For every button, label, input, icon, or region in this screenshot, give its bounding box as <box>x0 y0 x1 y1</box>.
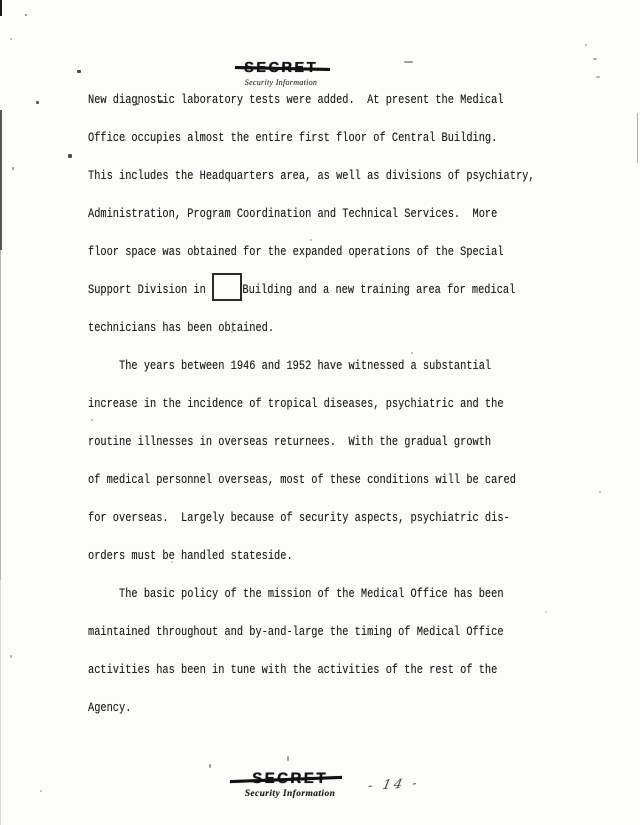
text-line: orders must be handled stateside. <box>88 548 517 586</box>
text-segment: Building and a new training area for med… <box>242 282 515 297</box>
text-line: activities has been in tune with the act… <box>88 662 517 700</box>
scan-speckle <box>124 139 126 141</box>
text-line: routine illnesses in overseas returnees.… <box>88 434 517 472</box>
scan-speckle <box>585 44 587 46</box>
scan-speckle <box>231 331 233 333</box>
scan-speckle <box>12 167 14 170</box>
security-information-label-top: Security Information <box>201 78 361 87</box>
scan-speckle <box>171 561 173 563</box>
scan-speckle <box>404 61 413 63</box>
scan-speckle <box>596 76 600 78</box>
text-line: The basic policy of the mission of the M… <box>88 586 517 624</box>
scan-speckle <box>25 14 27 16</box>
scan-speckle <box>77 70 81 73</box>
classification-footer: SECRET Security Information <box>210 770 370 799</box>
scan-speckle <box>411 352 413 354</box>
scan-speckle <box>599 491 601 493</box>
text-line-with-redaction: Support Division inBuilding and a new tr… <box>88 282 517 320</box>
text-line: Agency. <box>88 700 517 738</box>
scan-speckle <box>287 756 289 761</box>
text-line: increase in the incidence of tropical di… <box>88 396 517 434</box>
text-line: This includes the Headquarters area, as … <box>88 168 517 206</box>
scan-speckle <box>593 58 597 60</box>
text-line: The years between 1946 and 1952 have wit… <box>88 358 517 396</box>
security-information-label-bottom: Security Information <box>210 789 370 799</box>
scan-speckle <box>68 154 72 158</box>
document-page: SECRET Security Information New diagnost… <box>0 0 640 825</box>
scan-speckle <box>209 764 211 768</box>
text-line: New diagnostic laboratory tests were add… <box>88 92 517 130</box>
scan-speckle <box>10 38 12 40</box>
scan-edge-line <box>0 110 2 250</box>
scan-speckle <box>136 103 139 105</box>
text-segment: Support Division in <box>88 282 206 297</box>
text-line: of medical personnel overseas, most of t… <box>88 472 517 510</box>
document-body: New diagnostic laboratory tests were add… <box>88 92 628 738</box>
redaction-box <box>212 273 242 301</box>
handwritten-page-number: - 14 - <box>367 775 440 794</box>
scan-speckle <box>40 790 42 792</box>
scan-edge-line <box>0 0 2 16</box>
secret-stamp-bottom: SECRET <box>252 770 328 787</box>
scan-speckle <box>36 101 39 104</box>
classification-header: SECRET Security Information <box>201 59 361 87</box>
text-line: maintained throughout and by-and-large t… <box>88 624 517 662</box>
text-line: Office occupies almost the entire first … <box>88 130 517 168</box>
scan-speckle <box>310 239 312 241</box>
text-line: technicians has been obtained. <box>88 320 517 358</box>
scan-speckle <box>91 419 93 421</box>
scan-speckle <box>10 655 12 658</box>
text-line: floor space was obtained for the expande… <box>88 244 517 282</box>
secret-stamp-top: SECRET <box>244 60 318 76</box>
text-line: Administration, Program Coordination and… <box>88 206 517 244</box>
scan-edge-line <box>0 250 1 580</box>
text-line: for overseas. Largely because of securit… <box>88 510 517 548</box>
scan-speckle <box>159 100 163 103</box>
scan-edge-line <box>0 580 1 825</box>
scan-speckle <box>545 611 547 613</box>
scan-edge-line <box>637 113 638 163</box>
